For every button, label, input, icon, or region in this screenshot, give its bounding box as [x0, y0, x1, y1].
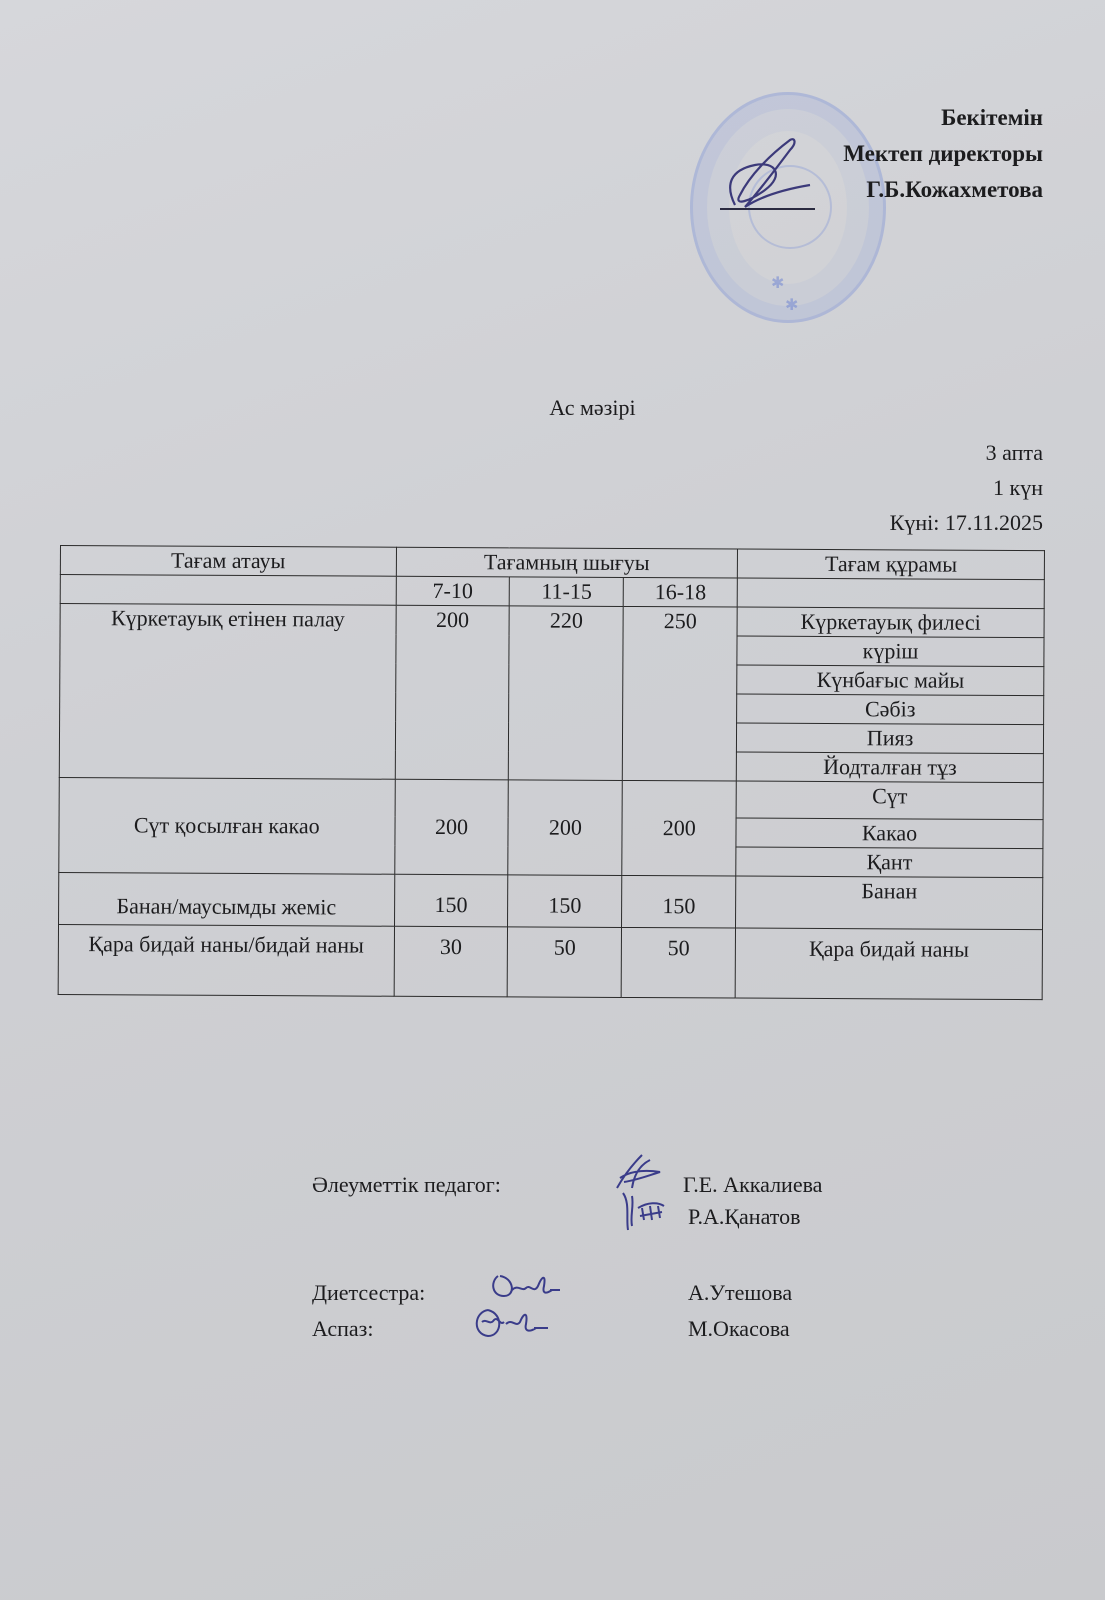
- approval-block: Бекітемін Мектеп директоры Г.Б.Кожахмето…: [843, 100, 1043, 208]
- social-pedagogue-1-name: Г.Е. Аккалиева: [683, 1172, 822, 1198]
- menu-meta: 3 апта 1 күн Күні: 17.11.2025: [890, 435, 1043, 540]
- portion-16-18: 200: [622, 780, 736, 876]
- portion-11-15: 150: [508, 875, 622, 928]
- menu-table: Тағам атауы Тағамның шығуы Тағам құрамы …: [58, 545, 1045, 1000]
- director-signature: [715, 135, 825, 215]
- ingredient: Қара бидай наны: [735, 928, 1042, 1000]
- table-row: Күркетауық етінен палау 200 220 250 Күрк…: [60, 604, 1044, 638]
- ingredient: күріш: [737, 636, 1044, 667]
- social-pedagogue-2-name: Р.А.Қанатов: [688, 1204, 801, 1230]
- menu-date: Күні: 17.11.2025: [890, 505, 1043, 540]
- ingredient: Какао: [736, 818, 1043, 849]
- portion-16-18: 250: [623, 606, 738, 781]
- ingredient: Пияз: [737, 723, 1044, 754]
- portion-7-10: 200: [394, 779, 508, 875]
- header-yield: Тағамның шығуы: [396, 547, 738, 578]
- approval-heading: Бекітемін: [843, 100, 1043, 136]
- dish-name: Банан/маусымды жеміс: [59, 872, 395, 926]
- star-icon: ✱: [771, 273, 784, 293]
- cook-label: Аспаз:: [312, 1316, 373, 1342]
- dish-name: Қара бидай наны/бидай наны: [58, 924, 394, 996]
- table-row: Қара бидай наны/бидай наны 30 50 50 Қара…: [58, 924, 1042, 999]
- portion-11-15: 220: [509, 606, 624, 781]
- portion-11-15: 50: [508, 927, 622, 998]
- ingredient: Қант: [736, 847, 1043, 878]
- day-number: 1 күн: [890, 470, 1043, 505]
- portion-7-10: 30: [394, 926, 508, 997]
- subheader-empty: [60, 575, 396, 606]
- age-group-11-15: 11-15: [510, 577, 624, 607]
- nurse-label: Диетсестра:: [312, 1280, 425, 1306]
- nurse-name: А.Утешова: [688, 1280, 792, 1306]
- document-title: Ас мәзірі: [0, 395, 1105, 421]
- signature-nurse: [490, 1268, 570, 1303]
- table-row: Сүт қосылған какао 200 200 200 Сүт: [59, 777, 1043, 819]
- header-composition: Тағам құрамы: [738, 549, 1045, 580]
- star-icon: ✱: [785, 295, 798, 315]
- ingredient: Банан: [736, 876, 1043, 930]
- age-group-16-18: 16-18: [623, 577, 737, 607]
- table-row: Банан/маусымды жеміс 150 150 150 Банан: [59, 872, 1043, 929]
- ingredient: Сүт: [736, 781, 1043, 820]
- director-signature-line: [720, 208, 815, 210]
- ingredient: Сәбіз: [737, 694, 1044, 725]
- ingredient: Күнбағыс майы: [737, 665, 1044, 696]
- social-pedagogue-label: Әлеуметтік педагог:: [312, 1172, 501, 1198]
- signature-qanatov: [618, 1188, 668, 1233]
- approval-name: Г.Б.Кожахметова: [843, 172, 1043, 208]
- portion-7-10: 150: [394, 874, 508, 927]
- portion-16-18: 150: [622, 875, 736, 928]
- portion-11-15: 200: [508, 780, 622, 876]
- portion-7-10: 200: [395, 605, 510, 780]
- ingredient: Йодталған тұз: [736, 752, 1043, 783]
- approval-position: Мектеп директоры: [843, 136, 1043, 172]
- week-number: 3 апта: [890, 435, 1043, 470]
- dish-name: Сүт қосылған какао: [59, 777, 395, 874]
- age-group-7-10: 7-10: [396, 576, 510, 606]
- signature-cook: [470, 1304, 560, 1344]
- portion-16-18: 50: [621, 927, 735, 998]
- header-dish-name: Тағам атауы: [60, 546, 396, 577]
- ingredient: Күркетауық филесі: [737, 607, 1044, 638]
- dish-name: Күркетауық етінен палау: [59, 604, 395, 780]
- cook-name: М.Окасова: [688, 1316, 790, 1342]
- table-header-row: Тағам атауы Тағамның шығуы Тағам құрамы: [60, 546, 1044, 580]
- subheader-empty: [737, 578, 1044, 609]
